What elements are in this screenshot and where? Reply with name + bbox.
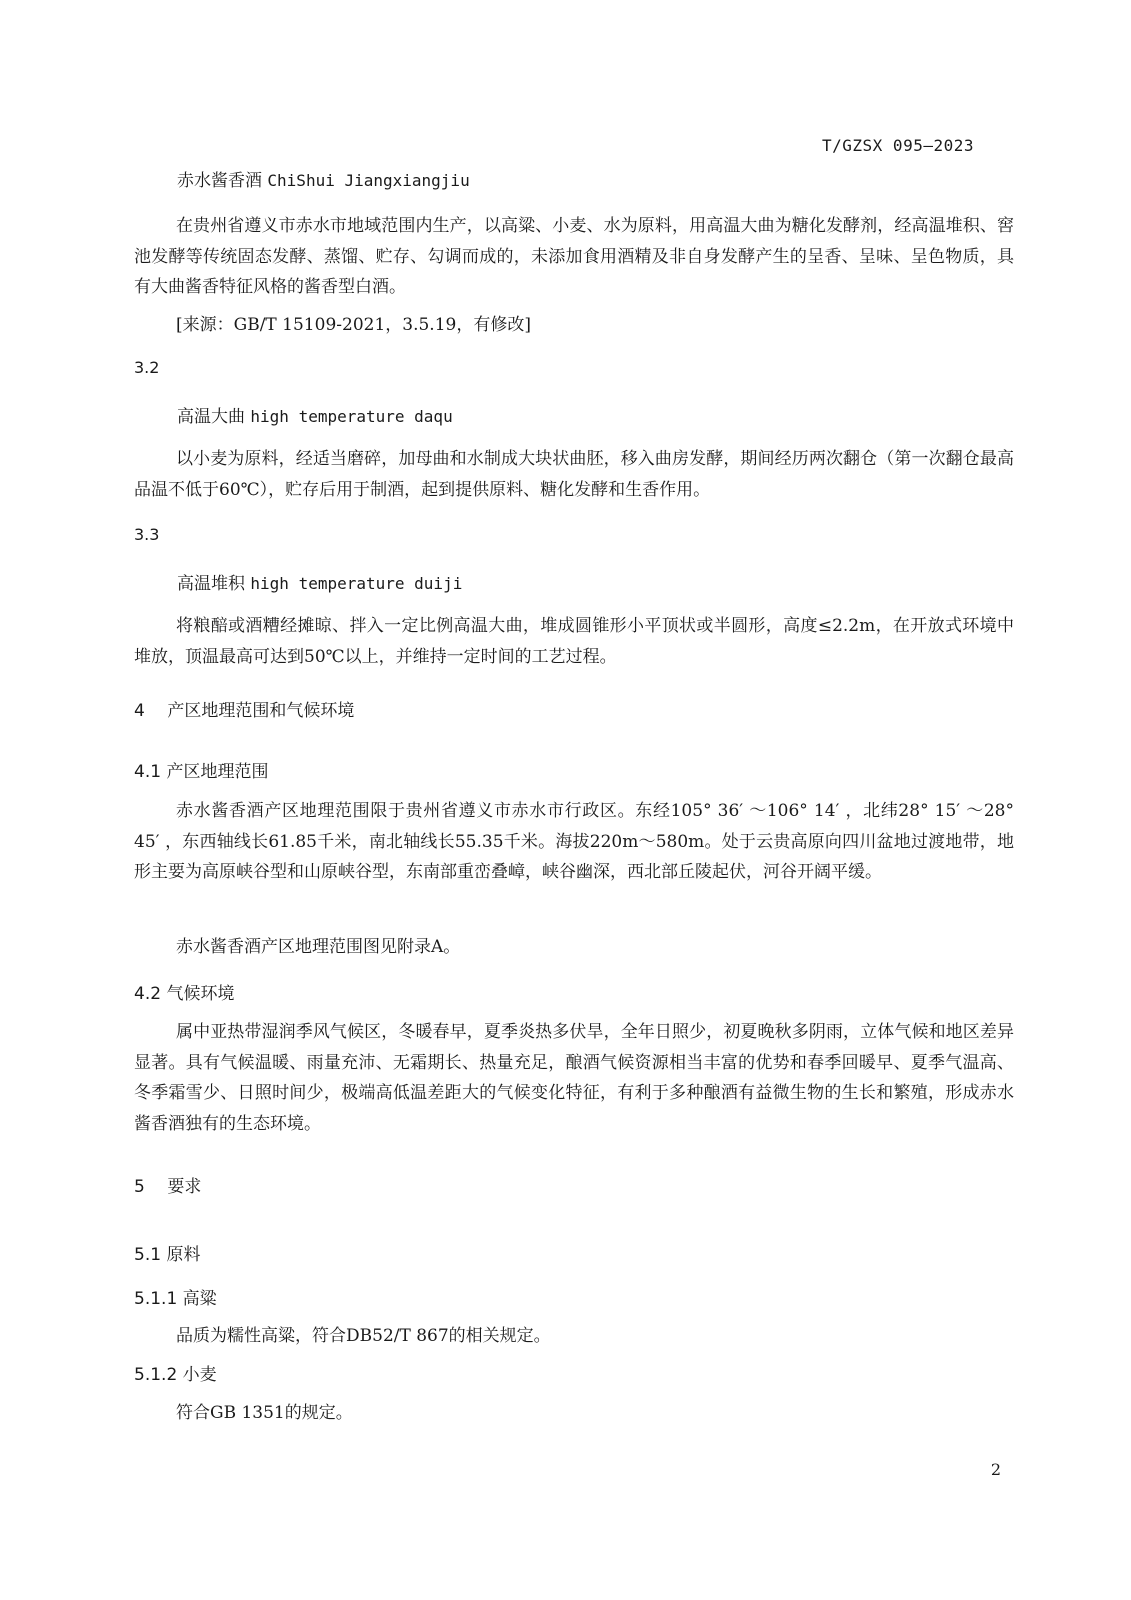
section-4-1-heading: 4.1 产区地理范围 (134, 757, 268, 782)
section-4-2-para: 属中亚热带湿润季风气候区，冬暖春早，夏季炎热多伏旱，全年日照少，初夏晚秋多阴雨，… (134, 1017, 1014, 1139)
term-daqu-heading: 高温大曲 high temperature daqu (177, 402, 453, 427)
term-duiji-heading: 高温堆积 high temperature duiji (177, 569, 462, 594)
section-5-1-heading: 5.1 原料 (134, 1240, 200, 1265)
section-4-heading: 4 产区地理范围和气候环境 (134, 696, 354, 721)
term-en: high temperature daqu (250, 407, 452, 426)
term-chishui-source: [来源：GB/T 15109-2021，3.5.19，有修改] (134, 310, 1014, 341)
section-5-1-1-heading: 5.1.1 高粱 (134, 1284, 217, 1309)
document-page: T/GZSX 095—2023 赤水酱香酒 ChiShui Jiangxiang… (0, 0, 1131, 1600)
section-4-2-heading: 4.2 气候环境 (134, 979, 234, 1004)
term-chishui-heading: 赤水酱香酒 ChiShui Jiangxiangjiu (177, 166, 470, 191)
section-4-1-para2: 赤水酱香酒产区地理范围图见附录A。 (134, 932, 1014, 963)
term-zh: 高温大曲 (177, 407, 245, 427)
term-zh: 赤水酱香酒 (177, 171, 262, 191)
standard-code: T/GZSX 095—2023 (822, 136, 974, 155)
clause-3-2-number: 3.2 (134, 358, 159, 377)
term-duiji-definition: 将粮醅或酒糟经摊晾、拌入一定比例高温大曲，堆成圆锥形小平顶状或半圆形，高度≤2.… (134, 611, 1014, 672)
term-zh: 高温堆积 (177, 574, 245, 594)
section-4-1-para1: 赤水酱香酒产区地理范围限于贵州省遵义市赤水市行政区。东经105° 36′ ～10… (134, 796, 1014, 888)
term-chishui-definition: 在贵州省遵义市赤水市地域范围内生产，以高粱、小麦、水为原料，用高温大曲为糖化发酵… (134, 211, 1014, 303)
clause-3-3-number: 3.3 (134, 525, 159, 544)
term-en: high temperature duiji (250, 574, 462, 593)
page-number: 2 (991, 1460, 1001, 1479)
section-5-1-2-para: 符合GB 1351的规定。 (134, 1398, 1014, 1429)
term-en: ChiShui Jiangxiangjiu (267, 171, 469, 190)
section-5-heading: 5 要求 (134, 1172, 201, 1197)
section-5-1-1-para: 品质为糯性高粱，符合DB52/T 867的相关规定。 (134, 1321, 1014, 1352)
term-daqu-definition: 以小麦为原料，经适当磨碎，加母曲和水制成大块状曲胚，移入曲房发酵，期间经历两次翻… (134, 444, 1014, 505)
section-5-1-2-heading: 5.1.2 小麦 (134, 1360, 217, 1385)
